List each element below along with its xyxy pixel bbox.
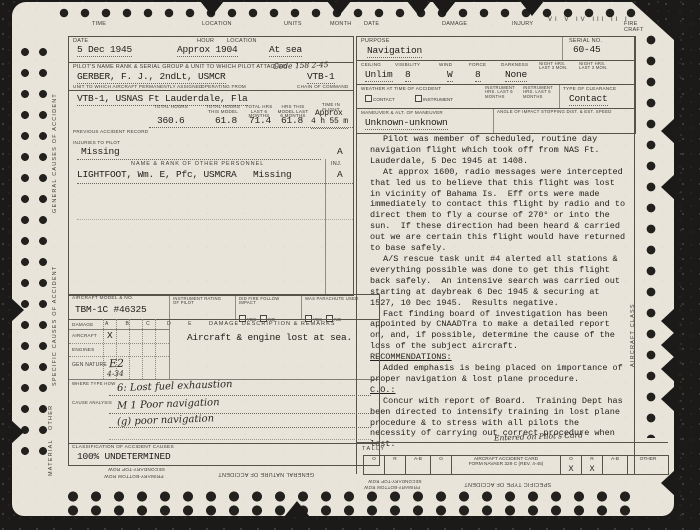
co-heading: C.O.: [362,385,628,396]
top-edge-label-location: LOCATION [202,21,232,27]
narrative-paragraph: Fact finding board of investigation has … [362,309,628,353]
rule [103,319,104,379]
damage-description-label: DAMAGE DESCRIPTION & REMARKS [209,321,336,327]
bottom-note-secondary-left: SECONDARY-TOP ROW [108,467,165,472]
rule [69,343,169,344]
pilot-injury-value: Missing [81,147,120,157]
narrative-paragraph: At approx 1600, radio messages were inte… [362,167,628,254]
contact-checkbox-box [365,95,372,102]
rule [69,90,353,91]
code-annotation: Code 158 2-45 [273,60,329,71]
rule [69,329,169,330]
rule [149,127,353,128]
instrument-checkbox-box [415,95,422,102]
recommendations-body: Added emphasis is being placed on import… [362,363,628,385]
damage-remarks-value: Aircraft & engine lost at sea. [187,333,352,343]
scanned-accident-report: { "edges": { "top_labels": ["TIME", "LOC… [0,0,700,530]
right-notch [661,356,675,382]
injuries-to-pilot-label: INJURIES TO PILOT [73,140,120,145]
rule [142,319,143,379]
crew-status-value: Missing [253,170,292,180]
previous-accident-label: PREVIOUS ACCIDENT RECORD [73,129,148,134]
visibility-label: VISIBILITY [395,62,420,67]
top-edge-label-injury: INJURY [512,21,533,27]
engines-row-label: ENGINES [72,347,94,352]
rule [155,319,156,379]
inj-column-divider [325,159,326,295]
force-value: 8 [475,70,481,82]
rule [169,295,170,319]
rule [109,427,371,428]
right-edge-label-aircraft-class: AIRCRAFT CLASS [630,296,636,374]
operating-label: OPERATING FROM [201,84,246,89]
clearance-label: TYPE OF CLEARANCE [563,86,616,91]
total-hours-value: 360.6 [157,116,185,126]
crew-inj-code: A [337,170,343,180]
left-edge-label-material: MATERIAL [48,436,54,480]
top-edge-label-units: UNITS [284,21,302,27]
wind-label: WIND [439,62,452,67]
form-id-cell: AIRCRAFT ACCIDENT CARD FORM NAVAER 329 C… [451,455,561,475]
tally-cell-r1: R [384,455,406,475]
purpose-value: Navigation [367,46,422,58]
rule [109,413,371,414]
top-edge-label-damage: DAMAGE [442,21,467,27]
date-value: 5 Dec 1945 [77,45,132,57]
hours-label-total: TOTAL HOURS [151,105,191,110]
tally-block: TALLY O R A-B O AIRCRAFT ACCIDENT CARD F… [356,442,668,477]
assigned-label: UNIT TO WHICH AIRCRAFT PERMANENTLY ASSIG… [73,84,203,89]
top-edge-label-month: MONTH [330,21,351,27]
rule [301,295,302,319]
narrative-paragraph: A/S rescue task unit #4 alerted all stat… [362,254,628,309]
impact-label: ANGLE OF IMPACT STOPPING DIST. & EST. SP… [497,110,612,115]
weather-at-accident-label: WEATHER AT TIME OF ACCIDENT [361,86,441,91]
right-notch [661,118,675,144]
cause-line-1-handwriting: M 1 Poor navigation [117,397,220,412]
aircraft-block: AIRCRAFT MODEL & NO. TBM-1C #46325 INSTR… [68,294,380,466]
tally-cell-o3: OX [560,455,582,475]
cause-line-2-handwriting: (g) poor navigation [117,413,214,427]
left-edge-label-specific-causes: SPECIFIC CAUSES OF ACCIDENT [52,252,58,400]
other-personnel-label: NAME & RANK OF OTHER PERSONNEL [131,161,264,167]
narrative-section: Pilot was member of scheduled, routine d… [362,134,628,440]
tally-cell-other: OTHER [627,455,669,475]
right-notch [661,174,675,200]
left-edge-label-other: OTHER [48,402,54,432]
model-hours-value: 61.8 [215,116,237,126]
top-edge-label-date: DATE [364,21,379,27]
recommendations-heading: RECOMMENDATIONS: [362,352,628,363]
darkness-value: None [505,70,527,82]
pilot-block: DATE HOUR LOCATION 5 Dec 1945 Approx 190… [68,36,354,296]
where-type-how-label: WHERE TYPE HOW [72,382,116,387]
maneuver-label: MANEUVER & ALT. OF MANEUVER [361,110,443,115]
last6-hours-value: 71.4 [249,116,271,126]
rule [235,295,236,319]
clearance-value: Contact [569,94,608,106]
pilot-name-label: PILOT'S NAME RANK & SERIAL GROUP & UNIT … [73,64,287,70]
rule [109,395,371,396]
location-value: At sea [269,45,302,57]
right-punch-holes [642,30,660,438]
tally-label: TALLY [362,446,386,452]
rule [109,439,371,440]
aircraft-row-label: AIRCRAFT [72,333,97,338]
aircraft-damage-mark: X [107,331,113,341]
rule [559,84,560,108]
cause-analysis-label: CAUSE ANALYSIS [72,401,112,406]
force-label: FORCE [469,62,486,67]
pilot-injury-code: A [337,147,343,157]
rule [129,319,130,379]
aircraft-model-label: AIRCRAFT MODEL & NO. [72,296,134,302]
model-last6-hours-value: 61.8 [281,116,303,126]
contact-checkbox: CONTACT [365,95,395,102]
maneuver-value: Unknown-unknown [365,118,448,130]
punch-card: TIME LOCATION UNITS MONTH DATE DAMAGE IN… [12,2,674,516]
ceiling-value: Unlim [365,70,393,82]
bottom-punch-holes-top-row [62,490,642,503]
fire-craft-tab: FIRE CRAFT [624,22,644,34]
right-notch [661,308,675,334]
night-hrs-label-2: NIGHT HRS. LAST 3 MON. [579,62,615,71]
inj-column-label: INJ. [331,161,342,167]
crew-name-value: LIGHTFOOT, Wm. E, Pfc, USMCRA [77,170,237,180]
ceiling-label: CEILING [361,62,381,67]
right-notch [661,386,675,412]
left-edge-label-general-causes: GENERAL CAUSES OF ACCIDENT [52,58,58,248]
form-number: FORM NAVAER 329 C (REV. 4-45) [452,462,560,467]
purpose-label: PURPOSE [361,38,390,44]
classification-value: 100% UNDETERMINED [77,452,171,462]
pilot-name-value: GERBER, F. J., 2ndLt, USMCR [77,72,226,84]
hours-label-model: TOTAL HOURS THIS MODEL [205,105,241,114]
parachute-label: WAS PARACHUTE USED [305,297,365,301]
wind-value: W [447,70,453,82]
tally-cell-ab2: A-B [602,455,628,475]
visibility-value: 8 [405,70,411,82]
tally-cell-o1: O [363,455,385,475]
fuel-exhaustion-handwriting: 6: Lost fuel exhaustion [117,379,233,394]
left-punch-holes [16,42,52,462]
rule [77,159,321,160]
chain-label: CHAIN OF COMMAND [297,84,348,89]
bottom-label-general-nature: GENERAL NATURE OF ACCIDENT [218,471,314,477]
tally-cell-r2: RX [581,455,603,475]
rule [562,37,563,60]
rule [77,183,353,184]
tally-mark-o: X [561,464,581,474]
bottom-punch-holes-bottom-row [62,504,642,517]
darkness-label: DARKNESS [501,62,528,67]
serial-value: 60-45 [573,45,601,55]
bottom-note-primary-left: PRIMARY-BOTTOM ROW [104,474,163,479]
narrative-paragraph: Pilot was member of scheduled, routine d… [362,134,628,167]
instrument-rating-label: INSTRUMENT RATING OF PILOT [173,297,229,306]
inst-hrs-label-2: INSTRUMENT HRS. LAST 6 MONTHS [523,86,557,99]
right-notch [661,332,675,358]
bottom-label-specific-type: SPECIFIC TYPE OF ACCIDENT [464,481,551,487]
instrument-checkbox: INSTRUMENT [415,95,453,102]
rule [493,108,494,133]
tally-cell-ab1: A-B [405,455,431,475]
hour-value: Approx 1904 [177,45,238,57]
top-edge-label-time: TIME [92,21,106,27]
gen-nature-handwriting-2: 4-34 [107,369,124,379]
tally-mark-r: X [582,464,602,474]
classification-label: CLASSIFICATION OF ACCIDENT CAUSES [72,445,174,451]
rule [77,219,353,220]
unit-value: VTB-1 [307,72,335,84]
night-hrs-label-1: NIGHT HRS. LAST 3 MON. [539,62,575,71]
top-edge-numerals: VI V IV III II I [548,17,630,24]
gen-nature-label: GEN NATURE [72,363,107,369]
bottom-note-secondary-right: SECONDARY-TOP ROW [368,479,422,484]
aircraft-model-value: TBM-1C #46325 [75,305,147,315]
tally-table: O R A-B O AIRCRAFT ACCIDENT CARD FORM NA… [364,455,669,475]
rule [169,319,170,379]
tally-cell-o2: O [430,455,452,475]
rule [69,443,379,444]
damage-grade-columns: A B C D E [105,322,200,328]
flight-block: PURPOSE Navigation SERIAL NO. 60-45 CEIL… [356,36,636,134]
inst-hrs-label-1: INSTRUMENT HRS. LAST 6 MONTHS [485,86,519,99]
damage-label: DAMAGE [72,322,93,327]
fire-follow-label: DID FIRE FOLLOW IMPACT [239,297,295,306]
